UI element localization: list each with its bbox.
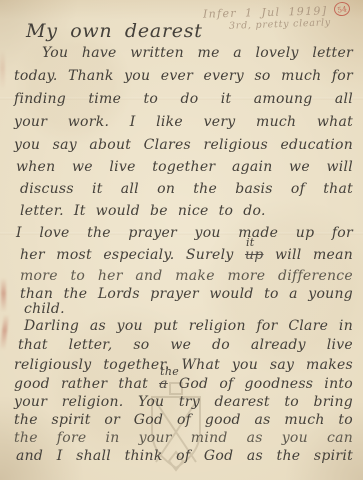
letter-line: today. Thank you ever every so much for	[14, 69, 353, 87]
letter-line: more to her and make more difference	[20, 269, 353, 287]
inserted-word: it	[246, 237, 255, 248]
letter-line: the fore in your mind as you can	[14, 431, 353, 449]
letter-line: and I shall think of God as the spirit	[16, 449, 353, 467]
letter-line: discuss it all on the basis of that	[20, 182, 353, 200]
correction: athe	[159, 377, 168, 391]
letter-scan-page: Infer 1 Jul 1919] 3rd, pretty clearly 54…	[0, 0, 363, 480]
struck-word: up	[245, 247, 264, 263]
letter-line: Darling as you put religion for Clare in	[24, 319, 353, 337]
letter-line: the spirit or God of good as much to	[14, 413, 353, 431]
letter-line-with-correction: good rather that athe God of goodness in…	[14, 377, 353, 395]
line-text: will mean	[275, 247, 353, 263]
letter-line: your work. I like very much what	[14, 115, 353, 133]
line-text: good rather that	[14, 376, 148, 392]
letter-line: I love the prayer you made up for	[16, 226, 353, 244]
line-text: God of goodness into	[179, 376, 353, 392]
letter-line: religiously together. What you say makes	[14, 358, 353, 376]
correction: upit	[245, 248, 264, 262]
letter-line: when we live together again we will	[16, 160, 353, 178]
inserted-word: the	[160, 366, 179, 377]
letter-line: You have written me a lovely letter	[42, 46, 353, 64]
letter-line: you say about Clares religious education	[14, 138, 353, 156]
stamp-number: 54	[337, 4, 348, 14]
line-text: her most especialy. Surely	[20, 247, 234, 263]
struck-word: a	[159, 376, 168, 392]
letter-line-with-correction: her most especialy. Surely upit will mea…	[20, 248, 353, 266]
salutation: My own dearest	[26, 22, 203, 41]
letter-line: letter. It would be nice to do.	[20, 204, 353, 222]
letter-line: your religion. You try dearest to bring	[14, 395, 353, 413]
letter-line: that letter, so we do already live	[18, 338, 353, 356]
letter-line: finding time to do it amoung all	[14, 92, 353, 110]
